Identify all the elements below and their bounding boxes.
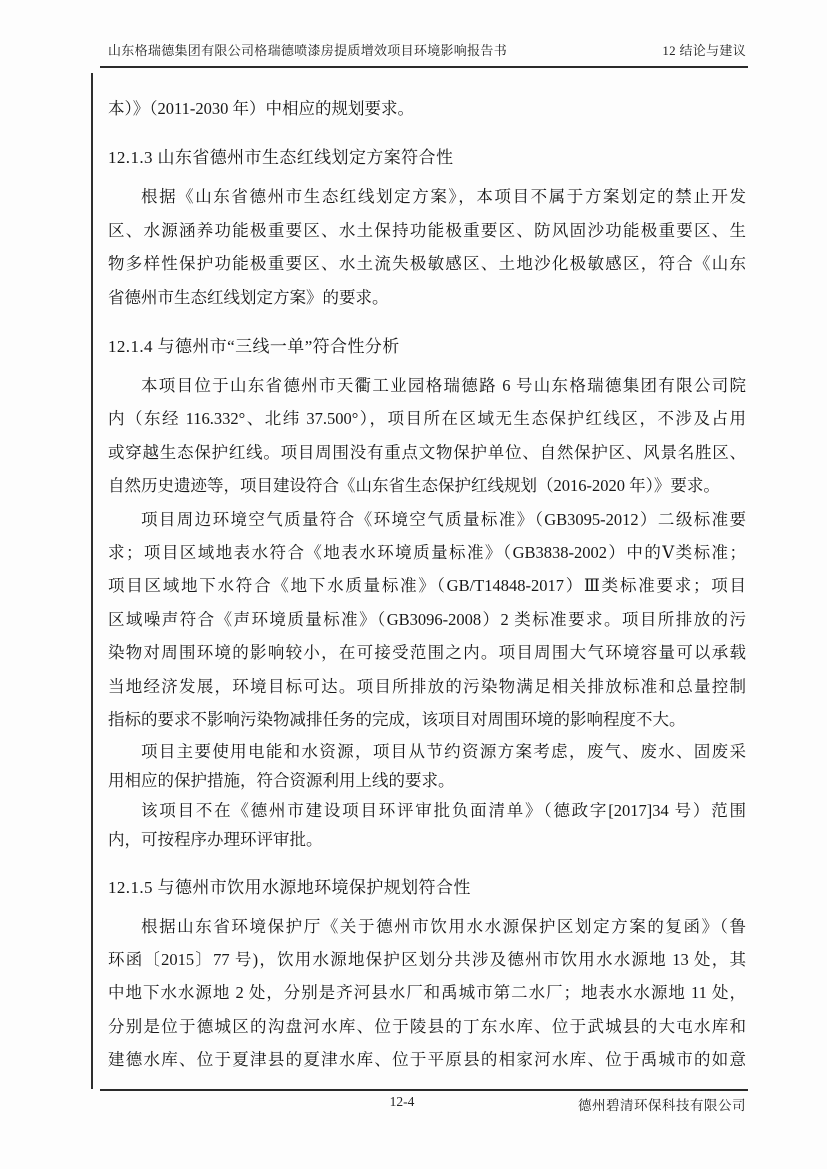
text-line: 本）》（2011-2030 年）中相应的规划要求。 — [108, 92, 746, 125]
text-line: 指标的要求不影响污染物减排任务的完成，该项目对周围环境的影响程度不大。 — [108, 703, 746, 736]
left-margin-line — [91, 73, 93, 1089]
text-line: 区域噪声符合《声环境质量标准》（GB3096-2008）2 类标准要求。项目所排… — [108, 603, 746, 636]
text-line: 项目周边环境空气质量符合《环境空气质量标准》（GB3095-2012）二级标准要 — [108, 503, 746, 536]
text-line: 用相应的保护措施，符合资源利用上线的要求。 — [108, 766, 746, 796]
page-footer: 12-4 德州碧清环保科技有限公司 — [100, 1094, 748, 1114]
text-line: 建德水库、位于夏津县的夏津水库、位于平原县的相家河水库、位于禹城市的如意 — [108, 1043, 746, 1076]
text-line: 物多样性保护功能极重要区、水土流失极敏感区、土地沙化极敏感区，符合《山东 — [108, 247, 746, 280]
text-line: 该项目不在《德州市建设项目环评审批负面清单》（德政字[2017]34 号）范围 — [108, 796, 746, 826]
text-line: 内（东经 116.332°、北纬 37.500°），项目所在区域无生态保护红线区… — [108, 402, 746, 435]
text-line: 或穿越生态保护红线。项目周围没有重点文物保护单位、自然保护区、风景名胜区、 — [108, 436, 746, 469]
paragraph: 本项目位于山东省德州市天衢工业园格瑞德路 6 号山东格瑞德集团有限公司院内（东经… — [108, 369, 746, 503]
document-body: 本）》（2011-2030 年）中相应的规划要求。12.1.3 山东省德州市生态… — [108, 92, 746, 1077]
paragraph: 根据《山东省德州市生态红线划定方案》，本项目不属于方案划定的禁止开发区、水源涵养… — [108, 180, 746, 314]
text-line: 分别是位于德城区的沟盘河水库、位于陵县的丁东水库、位于武城县的大屯水库和 — [108, 1010, 746, 1043]
text-line: 根据《山东省德州市生态红线划定方案》，本项目不属于方案划定的禁止开发 — [108, 180, 746, 213]
paragraph: 项目主要使用电能和水资源，项目从节约资源方案考虑，废气、废水、固废采用相应的保护… — [108, 737, 746, 796]
text-line: 染物对周围环境的影响较小，在可接受范围之内。项目周围大气环境容量可以承载 — [108, 636, 746, 669]
text-line: 求；项目区域地表水符合《地表水环境质量标准》（GB3838-2002）中的Ⅴ类标… — [108, 536, 746, 569]
text-line: 项目主要使用电能和水资源，项目从节约资源方案考虑，废气、废水、固废采 — [108, 737, 746, 767]
paragraph: 该项目不在《德州市建设项目环评审批负面清单》（德政字[2017]34 号）范围内… — [108, 796, 746, 855]
text-line: 省德州市生态红线划定方案》的要求。 — [108, 281, 746, 314]
text-line: 中地下水水源地 2 处，分别是齐河县水厂和禹城市第二水厂；地表水水源地 11 处… — [108, 976, 746, 1009]
footer-company: 德州碧清环保科技有限公司 — [578, 1094, 746, 1114]
text-line: 自然历史遗迹等，项目建设符合《山东省生态保护红线规划（2016-2020 年）》… — [108, 469, 746, 502]
text-line: 根据山东省环境保护厅《关于德州市饮用水水源保护区划定方案的复函》（鲁 — [108, 910, 746, 943]
document-page: 山东格瑞德集团有限公司格瑞德喷漆房提质增效项目环境影响报告书 12 结论与建议 … — [0, 0, 827, 1169]
text-line: 当地经济发展，环境目标可达。项目所排放的污染物满足相关排放标准和总量控制 — [108, 670, 746, 703]
paragraph: 根据山东省环境保护厅《关于德州市饮用水水源保护区划定方案的复函》（鲁环函〔201… — [108, 910, 746, 1077]
header-chapter-label: 12 结论与建议 — [662, 40, 748, 59]
text-line: 内，可按程序办理环评审批。 — [108, 825, 746, 855]
header-report-title: 山东格瑞德集团有限公司格瑞德喷漆房提质增效项目环境影响报告书 — [100, 40, 507, 59]
paragraph: 项目周边环境空气质量符合《环境空气质量标准》（GB3095-2012）二级标准要… — [108, 503, 746, 737]
text-line: 项目区域地下水符合《地下水质量标准》（GB/T14848-2017）Ⅲ类标准要求… — [108, 569, 746, 602]
paragraph: 本）》（2011-2030 年）中相应的规划要求。 — [108, 92, 746, 125]
section-heading: 12.1.5 与德州市饮用水源地环境保护规划符合性 — [108, 871, 746, 904]
text-line: 本项目位于山东省德州市天衢工业园格瑞德路 6 号山东格瑞德集团有限公司院 — [108, 369, 746, 402]
page-header: 山东格瑞德集团有限公司格瑞德喷漆房提质增效项目环境影响报告书 12 结论与建议 — [100, 40, 748, 68]
section-heading: 12.1.4 与德州市“三线一单”符合性分析 — [108, 330, 746, 363]
text-line: 环函〔2015〕77 号)，饮用水源地保护区划分共涉及德州市饮用水水源地 13 … — [108, 943, 746, 976]
section-heading: 12.1.3 山东省德州市生态红线划定方案符合性 — [108, 141, 746, 174]
footer-divider — [100, 1089, 748, 1091]
text-line: 区、水源涵养功能极重要区、水土保持功能极重要区、防风固沙功能极重要区、生 — [108, 214, 746, 247]
